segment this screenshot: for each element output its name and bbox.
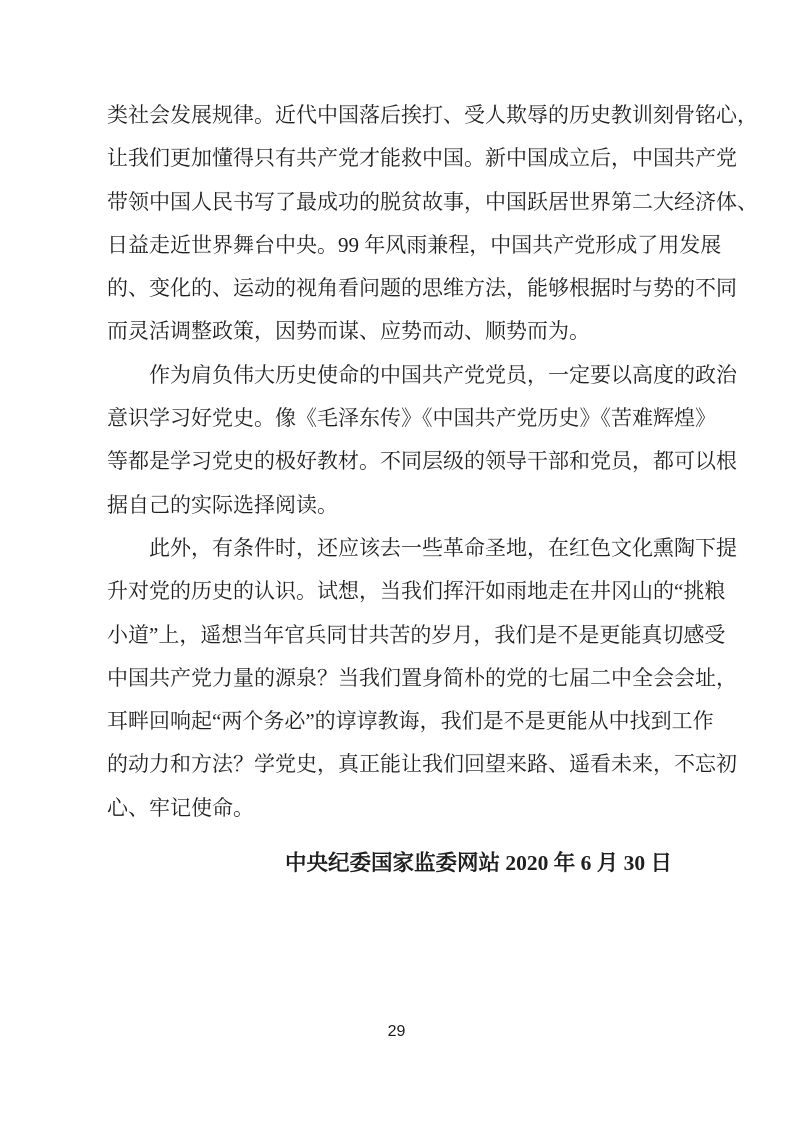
text-line: 类社会发展规律。近代中国落后挨打、受人欺辱的历史教训刻骨铭心， bbox=[107, 94, 688, 137]
page-number: 29 bbox=[0, 1023, 793, 1041]
text-line: 日益走近世界舞台中央。99 年风雨兼程，中国共产党形成了用发展 bbox=[107, 224, 688, 267]
text-line: 等都是学习党史的极好教材。不同层级的领导干部和党员，都可以根 bbox=[107, 440, 688, 483]
text-line: 让我们更加懂得只有共产党才能救中国。新中国成立后，中国共产党 bbox=[107, 137, 688, 180]
document-page: 类社会发展规律。近代中国落后挨打、受人欺辱的历史教训刻骨铭心，让我们更加懂得只有… bbox=[0, 0, 793, 1122]
text-line: 意识学习好党史。像《毛泽东传》《中国共产党历史》《苦难辉煌》 bbox=[107, 397, 688, 440]
text-line: 据自己的实际选择阅读。 bbox=[107, 484, 688, 527]
body-text: 类社会发展规律。近代中国落后挨打、受人欺辱的历史教训刻骨铭心，让我们更加懂得只有… bbox=[107, 94, 688, 830]
text-line: 带领中国人民书写了最成功的脱贫故事，中国跃居世界第二大经济体、 bbox=[107, 181, 688, 224]
text-line: 耳畔回响起“两个务必”的谆谆教诲，我们是不是更能从中找到工作 bbox=[107, 700, 688, 743]
text-line: 中国共产党力量的源泉？当我们置身简朴的党的七届二中全会会址， bbox=[107, 657, 688, 700]
attribution-line: 中央纪委国家监委网站 2020 年 6 月 30 日 bbox=[107, 842, 688, 885]
text-line: 心、牢记使命。 bbox=[107, 787, 688, 830]
text-line: 的、变化的、运动的视角看问题的思维方法，能够根据时与势的不同 bbox=[107, 267, 688, 310]
text-line: 此外，有条件时，还应该去一些革命圣地，在红色文化熏陶下提 bbox=[107, 527, 688, 570]
text-line: 的动力和方法？学党史，真正能让我们回望来路、遥看未来，不忘初 bbox=[107, 743, 688, 786]
text-line: 升对党的历史的认识。试想，当我们挥汗如雨地走在井冈山的“挑粮 bbox=[107, 570, 688, 613]
text-line: 而灵活调整政策，因势而谋、应势而动、顺势而为。 bbox=[107, 310, 688, 353]
text-line: 小道”上，遥想当年官兵同甘共苦的岁月，我们是不是更能真切感受 bbox=[107, 614, 688, 657]
text-line: 作为肩负伟大历史使命的中国共产党党员，一定要以高度的政治 bbox=[107, 354, 688, 397]
